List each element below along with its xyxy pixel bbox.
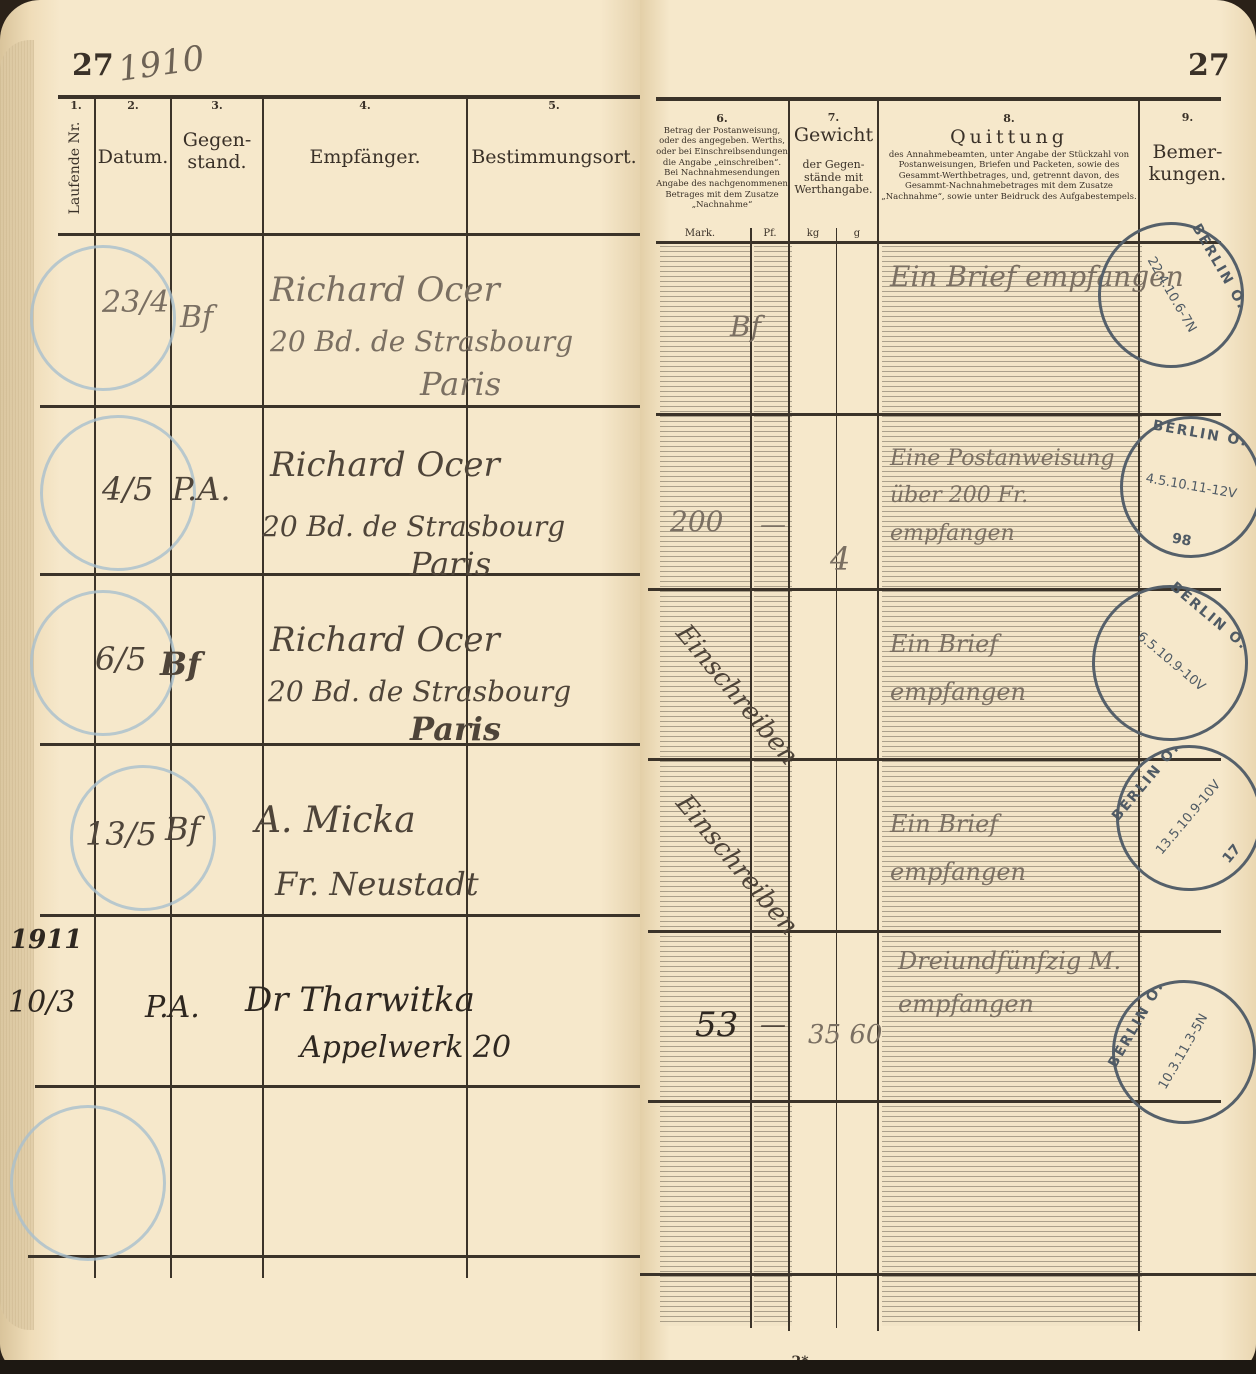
row2-kg: 4 xyxy=(830,540,850,578)
row-rule xyxy=(40,405,640,408)
row3-quittung: Ein Brief empfangen xyxy=(890,620,1120,716)
row-rule xyxy=(640,1273,1256,1276)
row3-ort-line2: Paris xyxy=(410,710,501,748)
header-bottom-rule xyxy=(58,233,640,236)
row1-empfaenger: Richard Ocer xyxy=(270,270,500,310)
row2-mark: 200 xyxy=(670,505,723,538)
row3-datum: 6/5 xyxy=(95,640,147,678)
col4-header: 4.Empfänger. xyxy=(264,100,466,169)
book-bottom-shadow xyxy=(0,1360,1256,1374)
row4-datum: 13/5 xyxy=(85,815,157,853)
row5-datum: 10/3 xyxy=(8,985,75,1020)
row2-ort-line1: 20 Bd. de Strasbourg xyxy=(262,510,565,543)
row1-datum: 23/4 xyxy=(102,285,169,320)
row4-ort-line1: Fr. Neustadt xyxy=(275,865,479,903)
col-rule xyxy=(877,101,879,1331)
hatch-mark xyxy=(660,246,750,1326)
col-subrule xyxy=(750,228,752,1328)
row-rule xyxy=(28,1255,640,1258)
pf-subheader: Pf. xyxy=(752,228,788,240)
row5-gegenstand: P.A. xyxy=(145,990,200,1025)
col-rule xyxy=(262,98,264,1278)
row2-gegenstand: P.A. xyxy=(172,470,231,508)
row2-empfaenger: Richard Ocer xyxy=(270,445,500,485)
row5-g: 35 60 xyxy=(808,1020,882,1050)
left-page-number: 27 xyxy=(72,48,114,83)
col1-header: 1. xyxy=(58,100,94,113)
year-margin-note: 1911 xyxy=(10,925,82,955)
row1-mark: Bf xyxy=(730,310,761,343)
row3-ort-line1: 20 Bd. de Strasbourg xyxy=(268,675,571,708)
row3-empfaenger: Richard Ocer xyxy=(270,620,500,660)
col6-header: 6. Betrag der Postanweisung, oder des an… xyxy=(656,112,788,211)
row2-ort-line2: Paris xyxy=(410,545,491,583)
row-rule xyxy=(648,588,1221,591)
row5-pf: — xyxy=(760,1010,786,1040)
col-rule xyxy=(788,101,790,1331)
row2-quittung: Eine Postanweisung über 200 Fr. empfange… xyxy=(890,440,1130,552)
row-rule xyxy=(35,1085,640,1088)
row-rule xyxy=(40,914,640,917)
row1-ort-line1: 20 Bd. de Strasbourg xyxy=(270,325,573,358)
row-rule xyxy=(40,573,640,576)
col-subrule xyxy=(836,228,837,1328)
row-rule xyxy=(40,743,640,746)
header-top-rule xyxy=(656,97,1221,101)
right-page: 27 6. Betrag der Postanweisung, oder des… xyxy=(640,0,1256,1374)
row-rule xyxy=(648,758,1221,761)
row3-gegenstand: Bf xyxy=(160,645,201,683)
left-page: 27 1910 1. Laufende Nr. 2.Datum. 3.Gegen… xyxy=(0,0,640,1374)
row2-datum: 4/5 xyxy=(102,470,154,508)
col8-header: 8. Quittung des Annahmebeamten, unter An… xyxy=(880,112,1138,203)
row5-ort-line1: Appelwerk 20 xyxy=(300,1030,511,1065)
kg-subheader: kg xyxy=(790,228,836,240)
hatch-pf xyxy=(754,246,792,1326)
row2-pf: — xyxy=(760,510,786,540)
row4-gegenstand: Bf xyxy=(165,810,200,848)
row1-ort-line2: Paris xyxy=(420,365,501,403)
row5-quittung: Dreiundfünfzig M. empfangen xyxy=(898,940,1128,1026)
mark-subheader: Mark. xyxy=(670,228,730,240)
year-note: 1910 xyxy=(116,38,207,90)
row4-empfaenger: A. Micka xyxy=(255,800,416,841)
row5-mark: 53 xyxy=(695,1005,738,1045)
faint-stamp-mirror xyxy=(10,1105,166,1261)
right-page-number: 27 xyxy=(1188,48,1230,83)
hatch-quittung xyxy=(882,246,1142,1326)
row4-quittung: Ein Brief empfangen xyxy=(890,800,1120,896)
col2-header: 2.Datum. xyxy=(96,100,170,169)
col3-header: 3.Gegen-stand. xyxy=(172,100,262,174)
row-rule xyxy=(648,930,1221,933)
col9-header: 9.Bemer-kungen. xyxy=(1140,112,1235,186)
row1-gegenstand: Bf xyxy=(180,300,213,335)
g-subheader: g xyxy=(837,228,877,240)
col7-header: 7. Gewicht der Gegen-stände mit Werthang… xyxy=(790,112,877,197)
col1-label: Laufende Nr. xyxy=(67,113,83,223)
row5-empfaenger: Dr Tharwitka xyxy=(245,980,475,1020)
col5-header: 5.Bestimmungsort. xyxy=(468,100,640,169)
